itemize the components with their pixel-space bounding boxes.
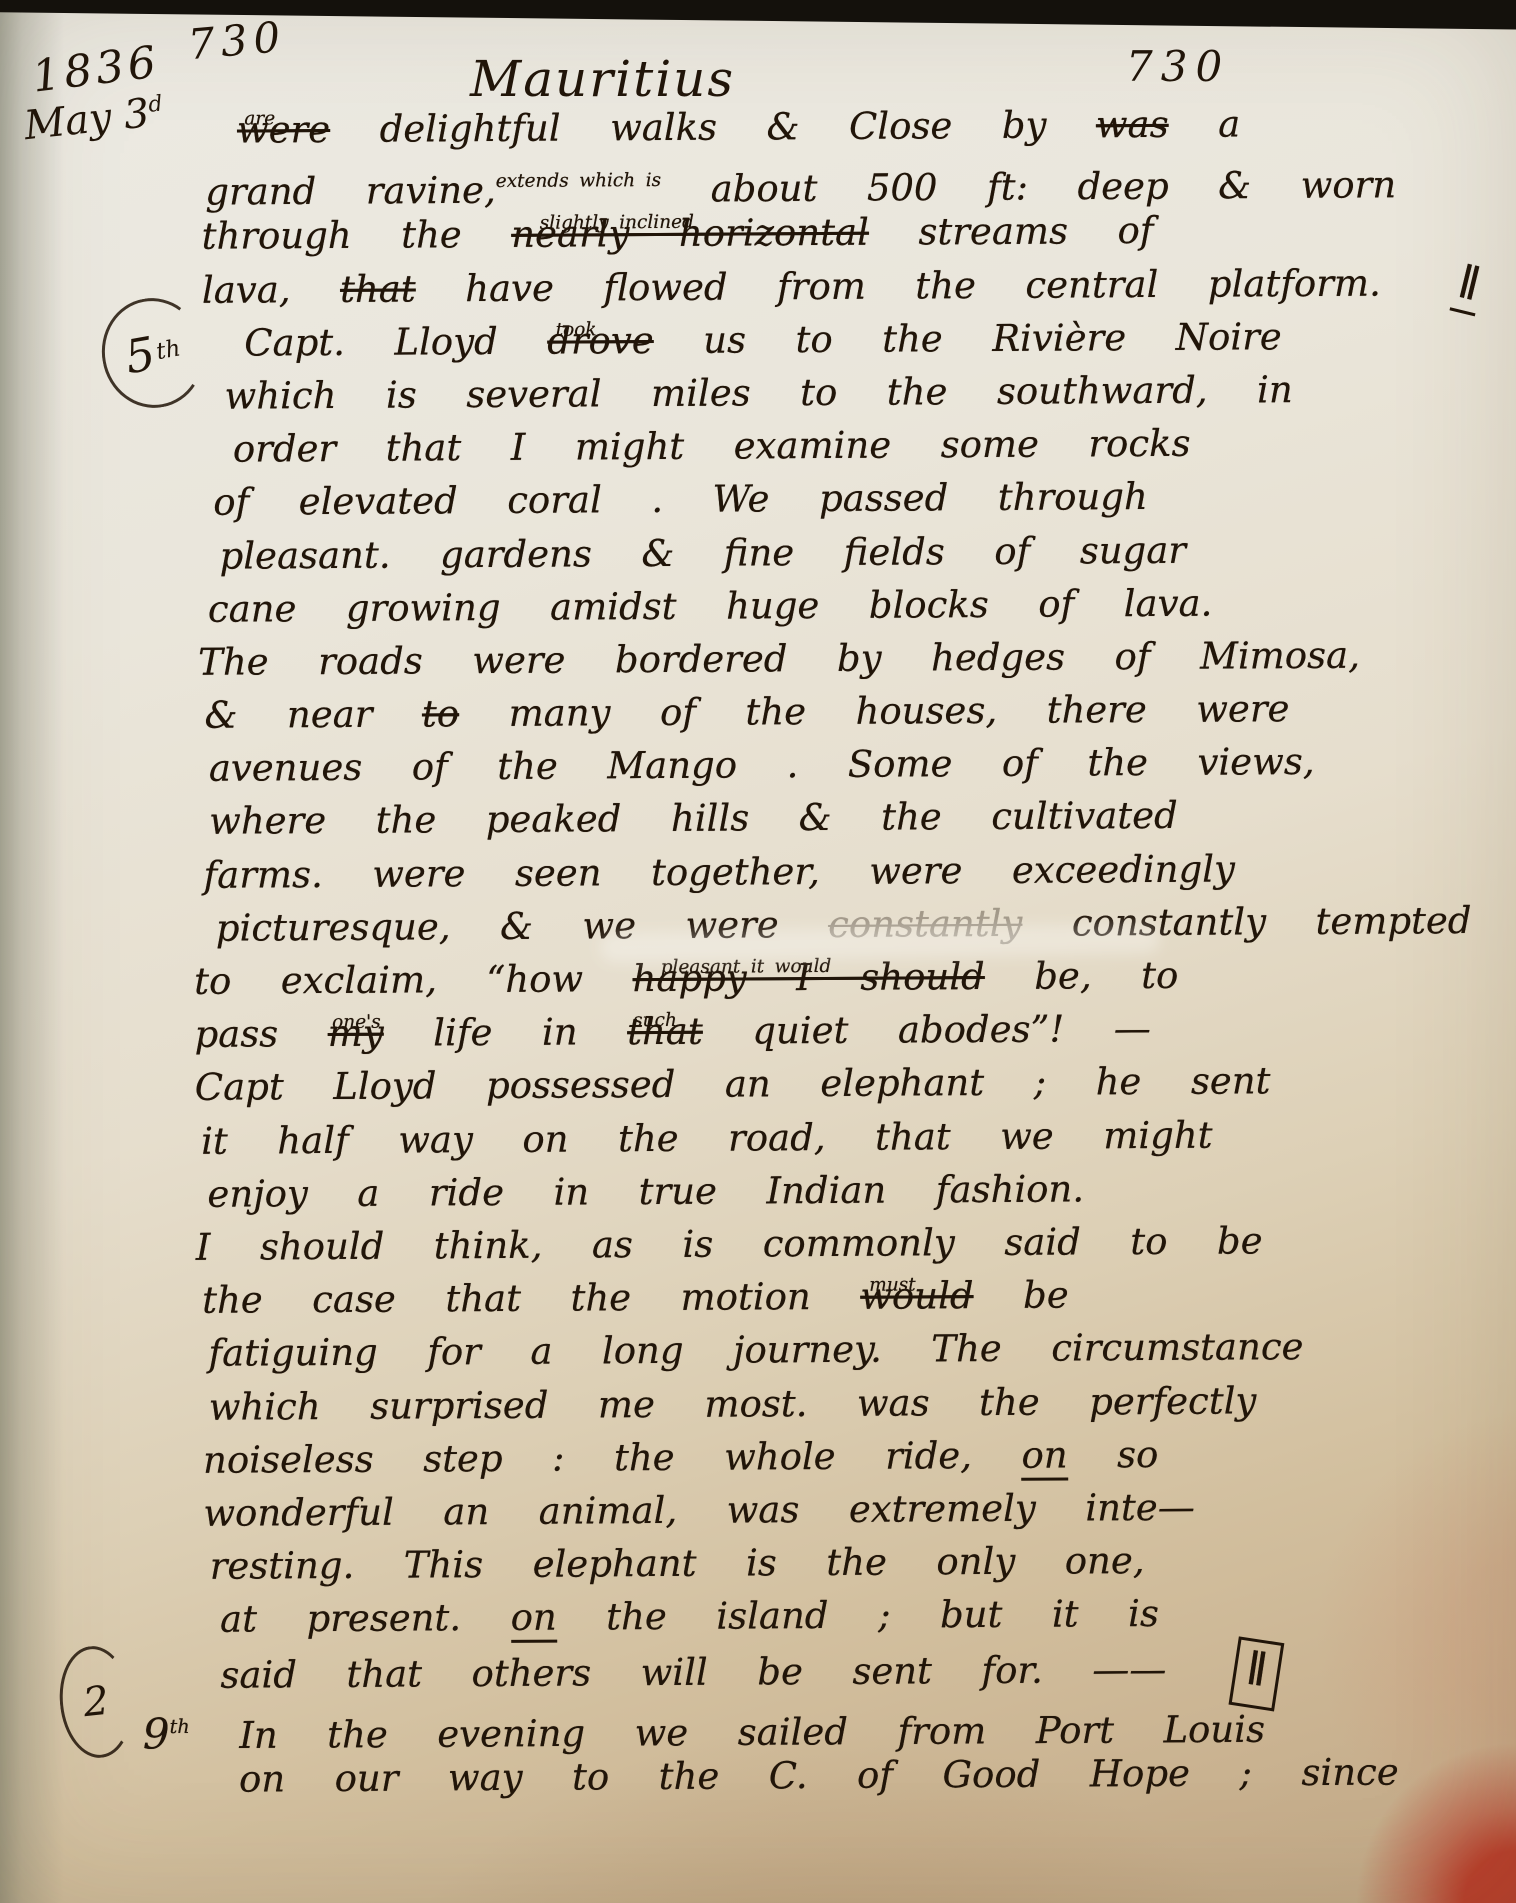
seg-text: to exclaim, “how <box>194 957 633 1003</box>
seg-text: so <box>1067 1433 1158 1477</box>
manuscript-line-15: farms. were seen together, were exceedin… <box>203 841 1471 902</box>
seg-insertion-over-deletion: tookdrove <box>547 314 654 368</box>
entry-5-number: 5 <box>121 326 159 384</box>
seg-text: of elevated coral . We passed through <box>213 475 1148 524</box>
seg-deletion: that <box>340 267 416 310</box>
page-title: Mauritius <box>470 50 735 108</box>
manuscript-line-3: through the slightly inclinednearly hori… <box>201 202 1467 263</box>
manuscript-line-32: on our way to the C. of Good Hope ; sinc… <box>239 1745 1477 1806</box>
seg-text: at present. <box>220 1596 511 1641</box>
seg-inserted-text: such <box>633 994 677 1047</box>
manuscript-line-12: & near to many of the houses, there were <box>204 681 1470 742</box>
seg-text: be, to <box>985 954 1179 998</box>
manuscript-line-10: cane growing amidst huge blocks of lava. <box>208 575 1470 636</box>
seg-text: which is several miles to the southward,… <box>224 368 1292 418</box>
seg-inserted-text: took <box>556 303 597 356</box>
seg-insertion-over-deletion: slightly inclinednearly horizontal <box>511 206 869 261</box>
entry-day-superscript: th <box>169 1715 189 1738</box>
seg-inserted-text: slightly inclined <box>540 196 694 250</box>
seg-inserted-text: are <box>244 92 275 145</box>
manuscript-line-28: resting. This elephant is the only one, <box>210 1532 1476 1593</box>
seg-text: pass <box>194 1012 327 1056</box>
seg-text: it half way on the road, that we might <box>201 1113 1213 1162</box>
seg-underlined: on <box>1021 1433 1067 1480</box>
manuscript-line-8: of elevated coral . We passed through <box>213 468 1469 529</box>
seg-text: the case that the motion <box>202 1275 860 1322</box>
manuscript-line-4: lava, that have flowed from the central … <box>202 256 1468 317</box>
manuscript-line-20: it half way on the road, that we might <box>201 1107 1473 1168</box>
seg-text: us to the Rivière Noire <box>654 315 1282 362</box>
manuscript-line-23: the case that the motion mustwould be <box>202 1266 1474 1327</box>
manuscript-line-22: I should think, as is commonly said to b… <box>196 1213 1474 1274</box>
manuscript-line-25: which surprised me most. was the perfect… <box>209 1373 1475 1434</box>
seg-text: enjoy a ride in true Indian fashion. <box>207 1167 1084 1215</box>
seg-text: fatiguing for a long journey. The circum… <box>208 1325 1303 1375</box>
seg-text: farms. were seen together, were exceedin… <box>203 847 1235 896</box>
manuscript-line-14: where the peaked hills & the cultivated <box>209 787 1471 848</box>
seg-text: Capt Lloyd possessed an elephant ; he se… <box>195 1060 1271 1110</box>
seg-text: cane growing amidst huge blocks of lava. <box>208 581 1213 630</box>
seg-text: avenues of the Mango . Some of the views… <box>209 740 1315 790</box>
seg-insertion-over-deletion: arewere <box>237 103 330 157</box>
seg-text: resting. This elephant is the only one, <box>210 1539 1145 1588</box>
seg-inserted-text: must <box>869 1258 916 1311</box>
seg-inserted-text: one's <box>332 996 381 1049</box>
page-number-left: 730 <box>186 12 288 69</box>
seg-text: about 500 ft: deep & worn <box>661 163 1396 210</box>
reference-mark: ∥ <box>1450 253 1489 316</box>
seg-text: through the <box>201 213 511 258</box>
manuscript-line-24: fatiguing for a long journey. The circum… <box>208 1319 1474 1380</box>
seg-text: streams of <box>869 209 1154 254</box>
manuscript-line-13: avenues of the Mango . Some of the views… <box>209 734 1471 795</box>
seg-insertion-over-deletion: suchthat <box>627 1005 703 1059</box>
entry-day-number: 9 <box>143 1709 170 1758</box>
seg-text: Capt. Lloyd <box>244 319 547 364</box>
seg-text: delightful walks & Close by <box>330 103 1096 151</box>
manuscript-line-11: The roads were bordered by hedges of Mim… <box>198 628 1470 689</box>
margin-note-2-circled: 2 <box>54 1643 137 1762</box>
seg-insertion-over-deletion: one'smy <box>328 1007 384 1061</box>
manuscript-line-19: Capt Lloyd possessed an elephant ; he se… <box>195 1053 1473 1114</box>
manuscript-line-5: Capt. Lloyd tookdrove us to the Rivière … <box>244 309 1468 370</box>
seg-text: where the peaked hills & the cultivated <box>209 794 1178 843</box>
seg-text: pleasant. gardens & fine fields of sugar <box>219 528 1186 577</box>
manuscript-line-9: pleasant. gardens & fine fields of sugar <box>219 522 1469 583</box>
page-number-right: 730 <box>1126 42 1230 91</box>
manuscript-photo: 730 1836 May 3d Mauritius 730 5th 2 arew… <box>0 0 1516 1903</box>
seg-text: The roads were bordered by hedges of Mim… <box>198 634 1360 684</box>
seg-text: lava, <box>202 267 340 311</box>
seg-insertion-over-deletion: mustwould <box>860 1269 974 1323</box>
seg-deletion: was <box>1096 103 1169 146</box>
seg-text: I should think, as is commonly said to b… <box>196 1219 1263 1269</box>
manuscript-line-18: pass one'smy life in suchthat quiet abod… <box>194 1000 1472 1061</box>
seg-text: be <box>973 1274 1068 1318</box>
seg-text: life in <box>384 1010 628 1054</box>
seg-text: the island ; but it is <box>557 1592 1159 1639</box>
manuscript-line-30: said that others will be sent for. —— ∥ <box>220 1638 1476 1699</box>
manuscript-line-1: arewere delightful walks & Close by was … <box>237 96 1467 157</box>
manuscript-line-2: grand ravine,extends which is about 500 … <box>205 149 1467 210</box>
seg-text: & near <box>204 693 422 737</box>
seg-text: a <box>1168 102 1240 145</box>
seg-text: which surprised me most. was the perfect… <box>209 1379 1257 1428</box>
seg-text: many of the houses, there were <box>459 687 1290 735</box>
manuscript-line-27: wonderful an animal, was extremely inte— <box>203 1479 1475 1540</box>
margin-date-superscript: d <box>147 92 164 118</box>
manuscript-line-26: noiseless step : the whole ride, on so <box>203 1426 1475 1487</box>
seg-text: on our way to the C. of Good Hope ; sinc… <box>239 1750 1399 1800</box>
manuscript-line-7: order that I might examine some rocks <box>233 415 1469 476</box>
seg-text: wonderful an animal, was extremely inte— <box>203 1486 1195 1535</box>
seg-text: noiseless step : the whole ride, <box>203 1433 1022 1481</box>
seg-text: said that others will be sent for. —— <box>220 1648 1216 1697</box>
manuscript-line-6: which is several miles to the southward,… <box>224 362 1468 423</box>
seg-underlined: on <box>510 1596 556 1643</box>
manuscript-line-21: enjoy a ride in true Indian fashion. <box>207 1160 1473 1221</box>
seg-text: grand ravine, <box>205 169 496 214</box>
seg-insertion: extends which is <box>496 170 662 192</box>
seg-text: order that I might examine some rocks <box>233 422 1191 471</box>
seg-text: quiet abodes”! — <box>703 1007 1151 1053</box>
manuscript-line-31: 9th In the evening we sailed from Port L… <box>143 1692 1477 1753</box>
seg-deletion: to <box>422 692 459 735</box>
manuscript-line-29: at present. on the island ; but it is <box>220 1585 1476 1646</box>
